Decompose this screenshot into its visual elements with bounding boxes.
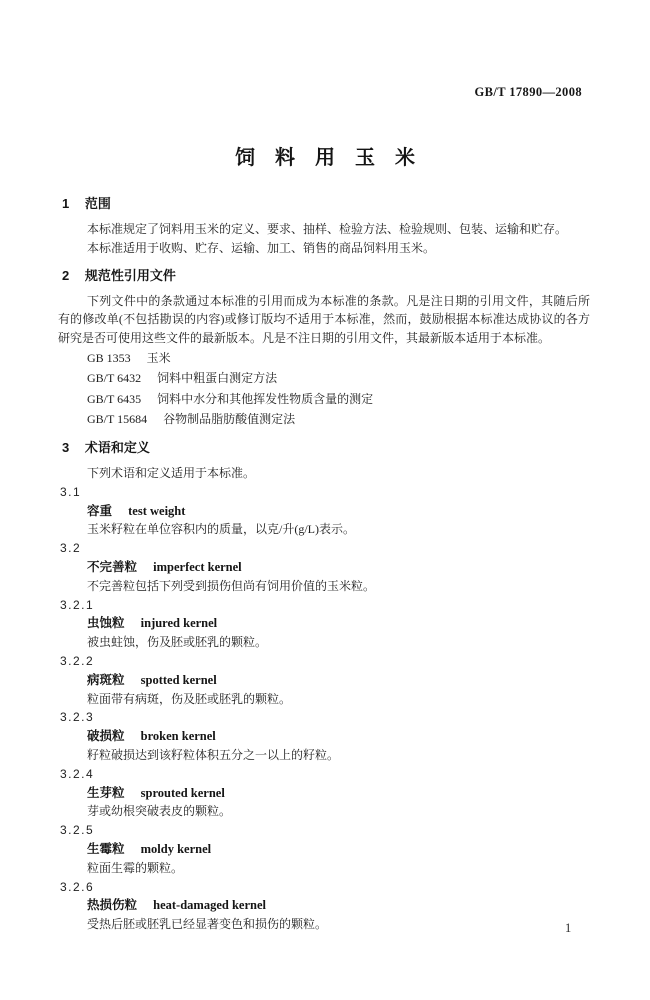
term-chinese: 病斑粒	[87, 673, 125, 687]
clause-number: 3.2.1	[58, 596, 590, 615]
document-title: 饲 料 用 玉 米	[0, 141, 650, 170]
clause-number: 3.2.4	[58, 765, 590, 784]
normative-reference: GB/T 6435 饲料中水分和其他挥发性物质含量的测定	[58, 389, 590, 410]
term-line: 虫蚀粒 injured kernel	[58, 614, 590, 633]
paragraph: 本标准适用于收购、贮存、运输、加工、销售的商品饲料用玉米。	[58, 239, 590, 258]
page-number: 1	[565, 921, 571, 936]
section-number: 3	[62, 440, 69, 455]
term-english: sprouted kernel	[141, 786, 225, 800]
term-definition: 不完善粒包括下列受到损伤但尚有饲用价值的玉米粒。	[58, 577, 590, 596]
term-chinese: 容重	[87, 504, 112, 518]
section-body: 下列术语和定义适用于本标准。3.1 容重 test weight 玉米籽粒在单位…	[58, 464, 590, 934]
reference-title: 饲料中粗蛋白测定方法	[157, 371, 277, 385]
document-section: 2 规范性引用文件 下列文件中的条款通过本标准的引用而成为本标准的条款。凡是注日…	[58, 266, 590, 430]
term-chinese: 热损伤粒	[87, 898, 137, 912]
section-heading: 3 术语和定义	[58, 438, 590, 457]
clause-number: 3.2.6	[58, 878, 590, 897]
clause-number: 3.2.2	[58, 652, 590, 671]
section-body: 下列文件中的条款通过本标准的引用而成为本标准的条款。凡是注日期的引用文件，其随后…	[58, 292, 590, 430]
paragraph: 下列术语和定义适用于本标准。	[58, 464, 590, 483]
term-line: 不完善粒 imperfect kernel	[58, 558, 590, 577]
reference-code: GB/T 6435	[87, 392, 141, 406]
normative-reference: GB/T 6432 饲料中粗蛋白测定方法	[58, 368, 590, 389]
section-number: 2	[62, 268, 69, 283]
reference-title: 饲料中水分和其他挥发性物质含量的测定	[157, 392, 373, 406]
term-definition: 玉米籽粒在单位容积内的质量，以克/升(g/L)表示。	[58, 520, 590, 539]
term-line: 生霉粒 moldy kernel	[58, 840, 590, 859]
term-chinese: 破损粒	[87, 729, 125, 743]
term-definition: 被虫蛀蚀，伤及胚或胚乳的颗粒。	[58, 633, 590, 652]
standard-number: GB/T 17890—2008	[474, 85, 582, 100]
reference-title: 玉米	[147, 351, 171, 365]
paragraph: 下列文件中的条款通过本标准的引用而成为本标准的条款。凡是注日期的引用文件，其随后…	[58, 292, 590, 348]
section-heading: 2 规范性引用文件	[58, 266, 590, 285]
section-body: 本标准规定了饲料用玉米的定义、要求、抽样、检验方法、检验规则、包装、运输和贮存。…	[58, 220, 590, 258]
term-chinese: 虫蚀粒	[87, 616, 125, 630]
normative-reference: GB/T 15684 谷物制品脂肪酸值测定法	[58, 409, 590, 430]
section-title: 范围	[85, 196, 111, 211]
term-english: imperfect kernel	[153, 560, 242, 574]
term-english: moldy kernel	[141, 842, 211, 856]
term-english: injured kernel	[141, 616, 218, 630]
section-number: 1	[62, 196, 69, 211]
term-definition: 粒面带有病斑，伤及胚或胚乳的颗粒。	[58, 690, 590, 709]
reference-code: GB/T 15684	[87, 412, 147, 426]
term-english: broken kernel	[141, 729, 216, 743]
term-line: 病斑粒 spotted kernel	[58, 671, 590, 690]
term-definition: 受热后胚或胚乳已经显著变色和损伤的颗粒。	[58, 915, 590, 934]
document-page: GB/T 17890—2008 饲 料 用 玉 米 1 范围 本标准规定了饲料用…	[0, 0, 650, 1000]
term-english: heat-damaged kernel	[153, 898, 266, 912]
reference-title: 谷物制品脂肪酸值测定法	[163, 412, 295, 426]
term-line: 容重 test weight	[58, 502, 590, 521]
paragraph: 本标准规定了饲料用玉米的定义、要求、抽样、检验方法、检验规则、包装、运输和贮存。	[58, 220, 590, 239]
term-chinese: 生霉粒	[87, 842, 125, 856]
clause-number: 3.1	[58, 483, 590, 502]
section-heading: 1 范围	[58, 194, 590, 213]
term-chinese: 生芽粒	[87, 786, 125, 800]
clause-number: 3.2	[58, 539, 590, 558]
clause-number: 3.2.3	[58, 708, 590, 727]
term-line: 破损粒 broken kernel	[58, 727, 590, 746]
section-title: 规范性引用文件	[85, 268, 176, 283]
clause-number: 3.2.5	[58, 821, 590, 840]
reference-code: GB/T 6432	[87, 371, 141, 385]
term-english: test weight	[128, 504, 185, 518]
term-line: 生芽粒 sprouted kernel	[58, 784, 590, 803]
term-definition: 粒面生霉的颗粒。	[58, 859, 590, 878]
normative-reference: GB 1353 玉米	[58, 348, 590, 369]
term-line: 热损伤粒 heat-damaged kernel	[58, 896, 590, 915]
term-definition: 芽或幼根突破表皮的颗粒。	[58, 802, 590, 821]
reference-code: GB 1353	[87, 351, 131, 365]
term-definition: 籽粒破损达到该籽粒体积五分之一以上的籽粒。	[58, 746, 590, 765]
section-title: 术语和定义	[85, 440, 150, 455]
term-english: spotted kernel	[141, 673, 217, 687]
term-chinese: 不完善粒	[87, 560, 137, 574]
document-section: 1 范围 本标准规定了饲料用玉米的定义、要求、抽样、检验方法、检验规则、包装、运…	[58, 194, 590, 258]
document-section: 3 术语和定义 下列术语和定义适用于本标准。3.1 容重 test weight…	[58, 438, 590, 934]
document-content: 1 范围 本标准规定了饲料用玉米的定义、要求、抽样、检验方法、检验规则、包装、运…	[58, 194, 590, 934]
